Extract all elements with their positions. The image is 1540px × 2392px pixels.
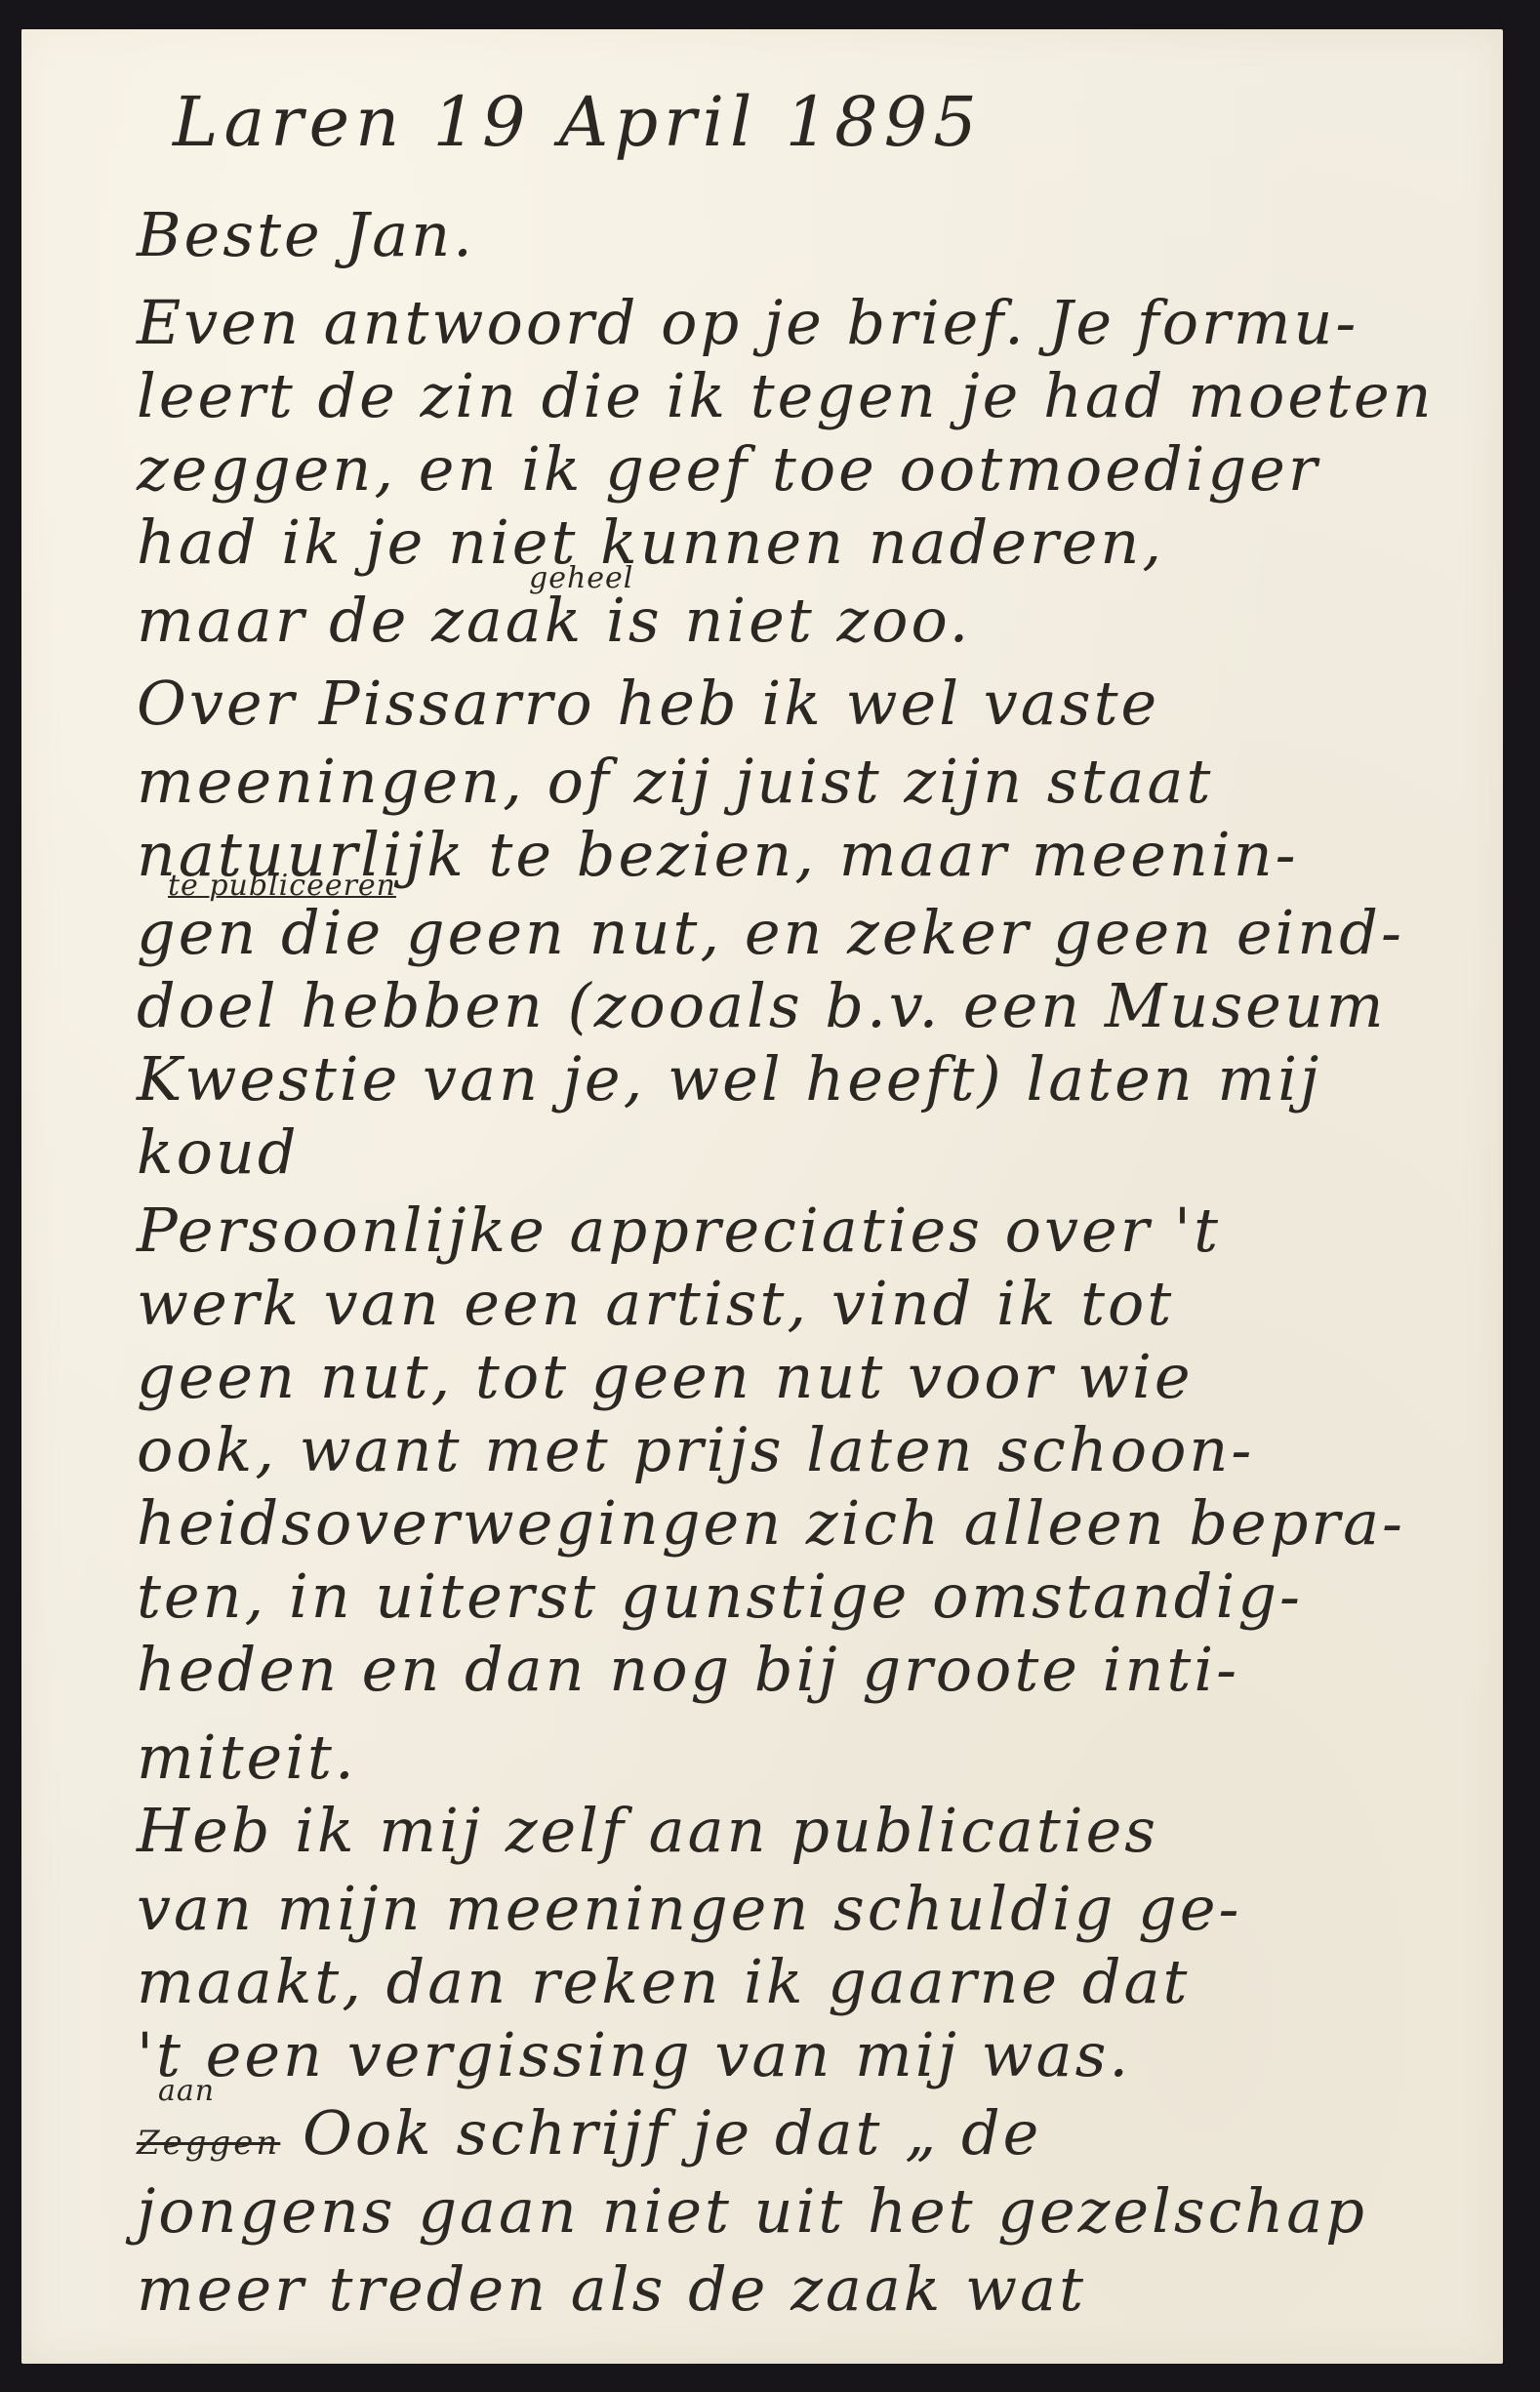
letter-line-16: ook, want met prijs laten schoon- [137,1420,1254,1480]
letter-line-26: jongens gaan niet uit het gezelschap [137,2181,1367,2242]
salutation: Beste Jan. [137,205,475,265]
letter-line-18: ten, in uiterst gunstige omstandig- [137,1566,1303,1627]
letter-line-25: Zeggen Ook schrijf je dat „ de [137,2103,1041,2164]
letter-line-15: geen nut, tot geen nut voor wie [137,1347,1194,1407]
letter-line-21: Heb ik mij zelf aan publicaties [137,1801,1158,1861]
letter-line-6: Over Pissarro heb ik wel vaste [137,673,1159,734]
letter-line-14: werk van een artist, vind ik tot [137,1274,1174,1334]
letter-line-5: maar de zaak is niet zoo. [137,590,971,651]
letter-line-7: meeningen, of zij juist zijn staat [137,751,1213,812]
letter-line-10: doel hebben (zooals b.v. een Museum [137,976,1387,1036]
letter-line-4: had ik je niet kunnen naderen, [137,512,1164,573]
letter-line-17: heidsoverwegingen zich alleen bepra- [137,1493,1405,1554]
letter-line-12: koud [137,1122,300,1183]
letter-line-11: Kwestie van je, wel heeft) laten mij [137,1049,1321,1110]
letter-line-19: heden en dan nog bij groote inti- [137,1640,1239,1700]
letter-line-2: leert de zin die ik tegen je had moeten [137,366,1435,426]
letter-line-25-text: Ook schrijf je dat „ de [303,2097,1041,2169]
letter-line-3: zeggen, en ik geef toe ootmoediger [137,439,1320,500]
letter-line-20: miteit. [137,1727,357,1788]
letter-line-27: meer treden als de zaak wat [137,2259,1086,2320]
letter-line-22: van mijn meeningen schuldig ge- [137,1879,1241,1939]
letter-line-23: maakt, dan reken ik gaarne dat [137,1952,1190,2012]
letter-page: Laren 19 April 1895 Beste Jan. Even antw… [21,29,1503,2364]
struck-word-zeggen: Zeggen [137,2124,280,2163]
letter-line-24: 't een vergissing van mij was. [137,2025,1131,2086]
letter-line-9: gen die geen nut, en zeker geen eind- [137,903,1404,963]
letter-line-1: Even antwoord op je brief. Je formu- [137,293,1358,353]
letter-line-13: Persoonlijke appreciaties over 't [137,1200,1221,1261]
date-line: Laren 19 April 1895 [173,88,983,156]
